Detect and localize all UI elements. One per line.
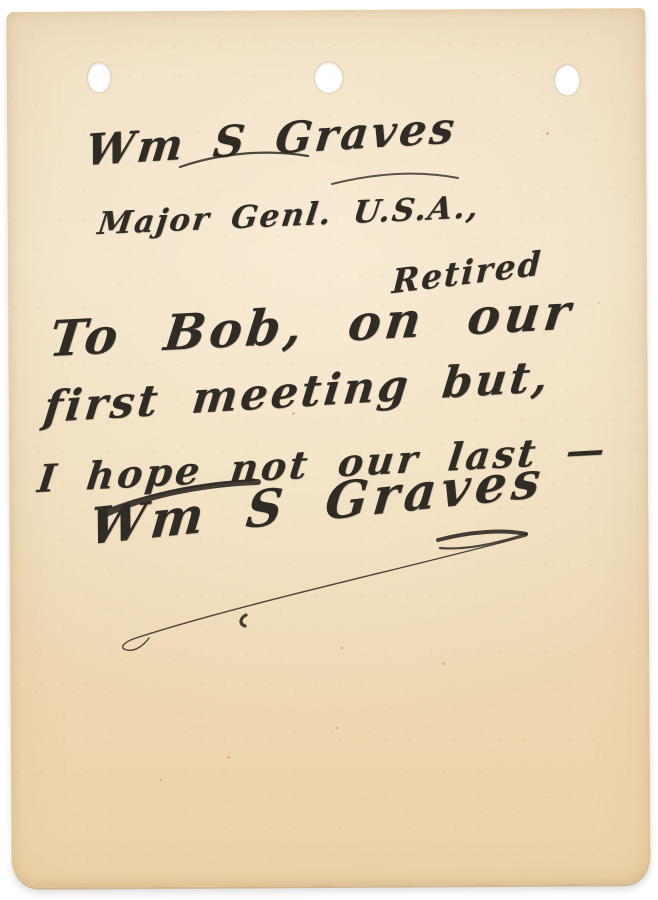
photo-background: Wm S Graves Major Genl. U.S.A., Retired … <box>0 0 658 900</box>
punch-hole <box>555 64 580 95</box>
punch-hole <box>88 62 111 92</box>
punch-hole <box>315 62 343 93</box>
